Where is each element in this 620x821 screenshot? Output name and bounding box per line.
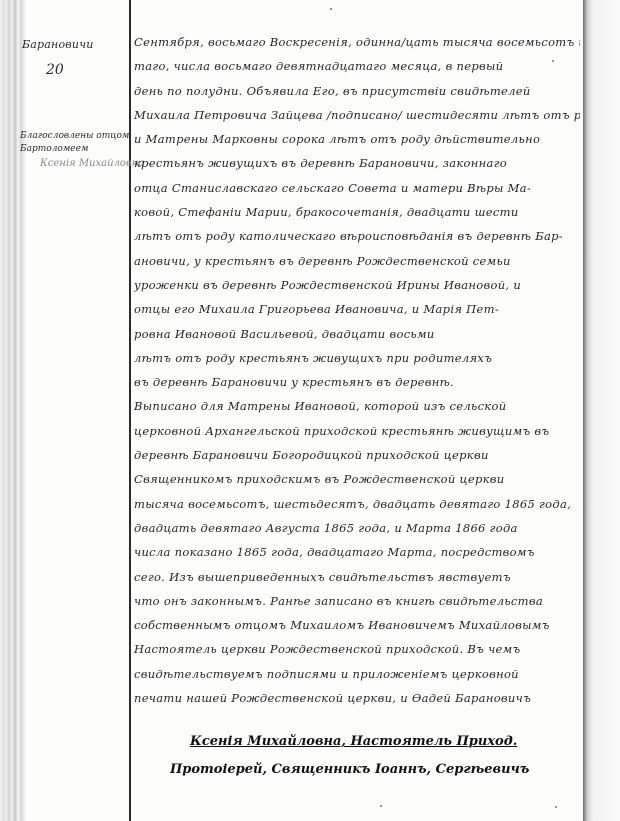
signature-block: Ксенія Михайловна, Настоятель Приход. Пр… [170, 728, 570, 784]
scanned-register-page: Барановичи 20 Благословлены отцом Бартол… [0, 0, 620, 821]
body-line: двадцать девятаго Августа 1865 года, и М… [134, 516, 580, 540]
body-line: отцы его Михаила Григорьева Ивановича, и… [134, 297, 580, 321]
body-line: тысяча восемьсотъ, шестьдесятъ, двадцать… [134, 492, 580, 516]
body-line: Сентября, восьмаго Воскресенія, одинна/ц… [134, 30, 580, 54]
body-line: Михаила Петровича Зайцева /подписано/ ше… [134, 103, 580, 127]
body-line: Священникомъ приходскимъ въ Рождественск… [134, 467, 580, 491]
page-binding-edge [0, 0, 26, 821]
body-line: и Матрены Марковны сорока лѣтъ отъ роду … [134, 127, 580, 151]
signature-line: Протоіерей, Священникъ Іоаннъ, Сергѣевич… [170, 756, 570, 784]
body-line: числа показано 1865 года, двадцатаго Мар… [134, 540, 580, 564]
margin-village-name: Барановичи [22, 38, 94, 51]
margin-vertical-rule [129, 0, 131, 821]
body-line: сего. Изъ вышеприведенныхъ свидѣтельствъ… [134, 565, 580, 589]
paper-speck [555, 806, 557, 808]
body-line: лѣтъ отъ роду крестьянъ живущихъ при род… [134, 346, 580, 370]
body-line: что онъ законнымъ. Ранѣе записано въ кни… [134, 589, 580, 613]
entry-body-text: Сентября, восьмаго Воскресенія, одинна/ц… [134, 30, 580, 710]
body-line: крестьянъ живущихъ въ деревнѣ Барановичи… [134, 151, 580, 175]
body-line: ковой, Стефаніи Марии, бракосочетанія, д… [134, 200, 580, 224]
body-line: Выписано для Матрены Ивановой, которой и… [134, 394, 580, 418]
paper-speck [330, 8, 332, 10]
margin-pencil-note: Ксенія Михайловна [40, 158, 144, 169]
body-line: день по полудни. Объявила Его, въ присут… [134, 79, 580, 103]
body-line: церковной Архангельской приходской крест… [134, 419, 580, 443]
margin-note: Благословлены отцом Бартоломеем [20, 130, 130, 156]
paper-speck [380, 805, 382, 807]
entry-number: 20 [46, 62, 64, 78]
body-line: свидѣтельствуемъ подписями и приложеніем… [134, 662, 580, 686]
signature-line: Ксенія Михайловна, Настоятель Приход. [170, 728, 570, 756]
body-line: собственнымъ отцомъ Михаиломъ Ивановичем… [134, 613, 580, 637]
body-line: ровна Ивановой Васильевой, двадцати вось… [134, 322, 580, 346]
paper-speck [552, 60, 554, 62]
body-line: Настоятель церкви Рождественской приходс… [134, 637, 580, 661]
body-line: лѣтъ отъ роду католическаго вѣроисповѣда… [134, 224, 580, 248]
body-line: отца Станиславскаго сельскаго Совета и м… [134, 176, 580, 200]
body-line: уроженки въ деревнѣ Рождественской Ирины… [134, 273, 580, 297]
body-line: печати нашей Рождественской церкви, и Ѳа… [134, 686, 580, 710]
body-line: въ деревнѣ Барановичи у крестьянъ въ дер… [134, 370, 580, 394]
body-line: ановичи, у крестьянъ въ деревнѣ Рождеств… [134, 249, 580, 273]
body-line: деревнѣ Барановичи Богородицкой приходск… [134, 443, 580, 467]
body-line: таго, числа восьмаго девятнадцатаго меся… [134, 54, 580, 78]
page-right-edge-shadow [583, 0, 620, 821]
